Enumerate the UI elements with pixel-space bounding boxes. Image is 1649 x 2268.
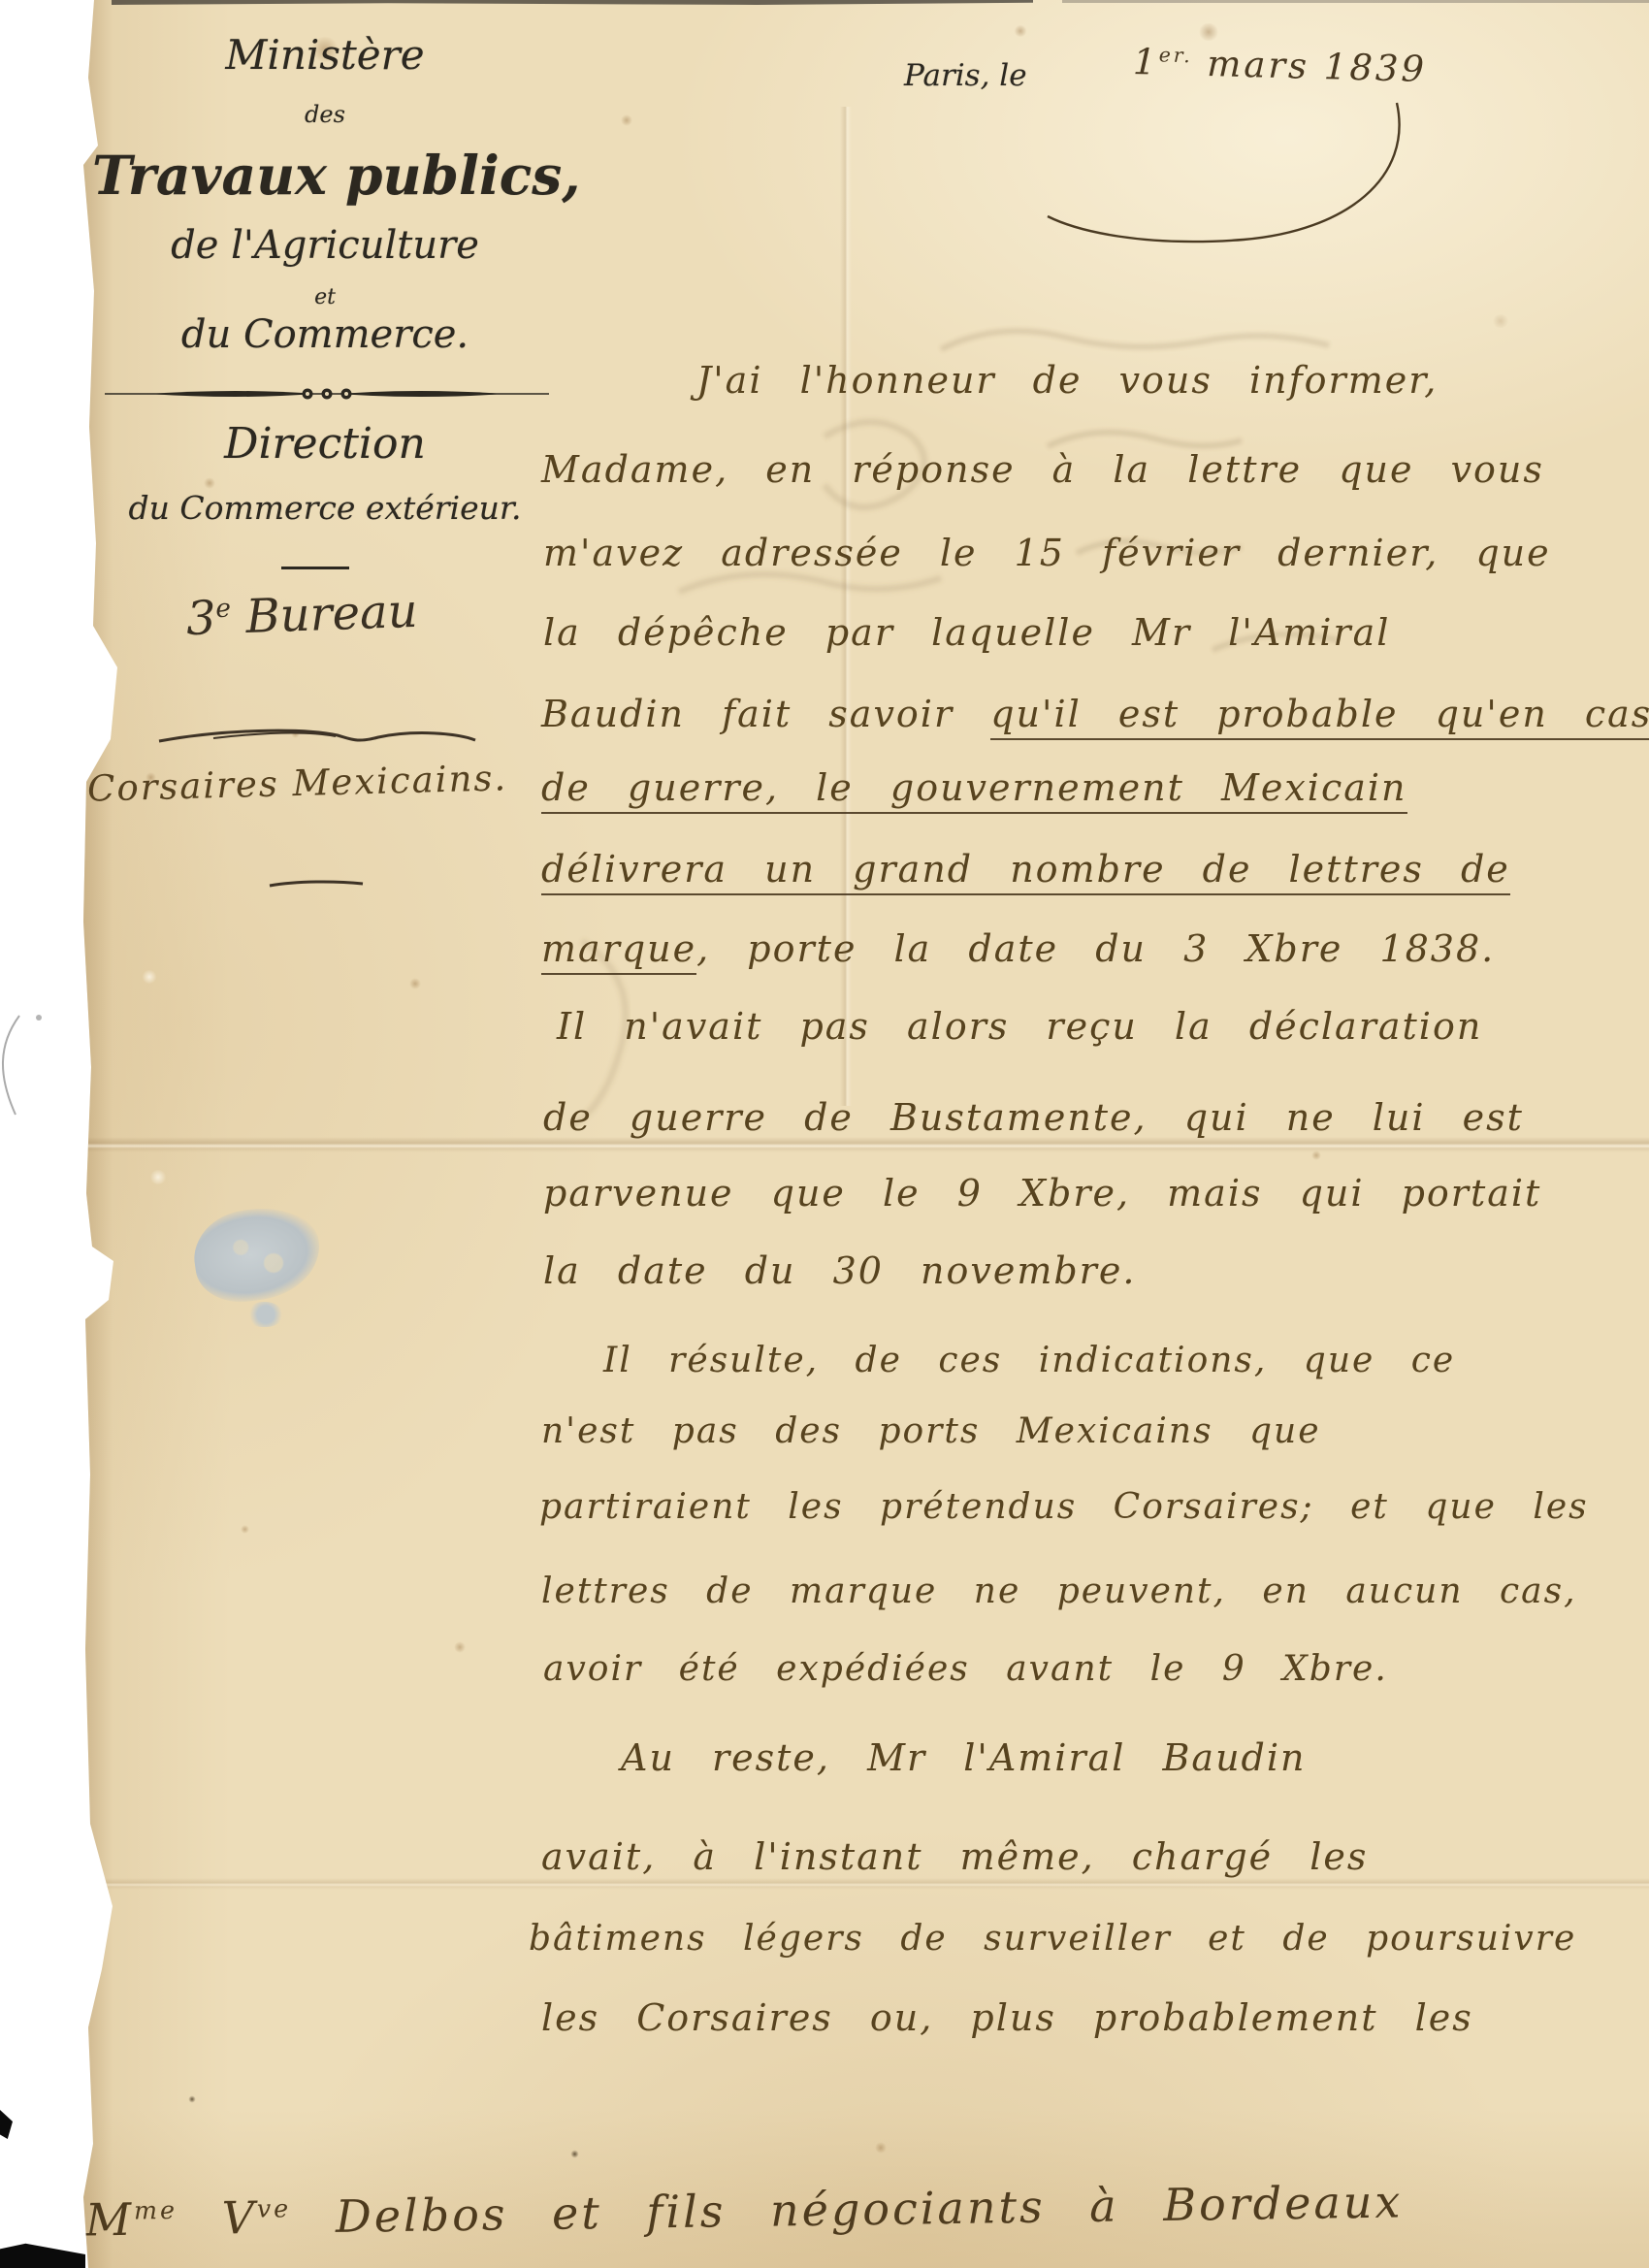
body-line: Au reste, Mr l'Amiral Baudin — [621, 1736, 1307, 1779]
foxing-spot — [1311, 1150, 1321, 1160]
letterhead-des: des — [92, 101, 558, 128]
letterhead-direction: Direction — [92, 419, 558, 469]
fold-crease-horizontal — [83, 1878, 1649, 1890]
ink-dot — [570, 2150, 579, 2158]
footer-segment: V — [178, 2191, 258, 2245]
date-flourish — [1018, 85, 1426, 270]
body-line: Il résulte, de ces indications, que ce — [603, 1341, 1455, 1380]
body-line: la date du 30 novembre. — [543, 1249, 1136, 1292]
bureau-word: Bureau — [230, 584, 418, 645]
body-segment-underlined: délivrera un grand nombre de lettres de — [541, 848, 1510, 895]
letterhead-commerce: du Commerce. — [92, 312, 558, 357]
body-segment-underlined: qu'il est probable qu'en cas — [990, 693, 1649, 740]
dateline-printed: Paris, le — [904, 58, 1027, 93]
fold-crease-horizontal — [83, 1137, 1649, 1152]
torn-edge-black-mark — [0, 2241, 85, 2268]
body-line: lettres de marque ne peuvent, en aucun c… — [541, 1571, 1577, 1611]
footer-segment: Delbos et fils négociants à Bordeaux — [291, 2176, 1404, 2244]
body-segment-underlined: marque — [541, 927, 696, 975]
body-line: m'avez adressée le 15 février dernier, q… — [543, 532, 1551, 574]
scan-top-edge — [112, 0, 1033, 5]
body-line: avait, à l'instant même, chargé les — [541, 1835, 1368, 1878]
ink-stain — [248, 1302, 283, 1327]
footer-segment: M — [85, 2193, 135, 2247]
body-line: partiraient les prétendus Corsaires; et … — [539, 1487, 1589, 1527]
scanned-letter: Ministère des Travaux publics, de l'Agri… — [0, 0, 1649, 2268]
scan-top-edge — [1062, 0, 1649, 3]
body-line: Il n'avait pas alors reçu la déclaration — [557, 1005, 1482, 1048]
date-rest: mars 1839 — [1192, 43, 1428, 90]
paper-fleck — [149, 1170, 167, 1184]
flourish-underline — [155, 726, 480, 749]
body-line: Baudin fait savoir qu'il est probable qu… — [541, 693, 1649, 735]
foxing-spot — [204, 477, 215, 489]
subject-dash — [268, 877, 365, 891]
letterhead-ministere: Ministère — [92, 31, 558, 79]
body-line: J'ai l'honneur de vous informer, — [696, 359, 1438, 402]
margin-subject: Corsaires Mexicains. — [87, 757, 508, 809]
letterhead-commerce-exterieur: du Commerce extérieur. — [92, 489, 558, 527]
ornament-rule — [99, 384, 555, 404]
body-line: de guerre de Bustamente, qui ne lui est — [543, 1096, 1524, 1139]
foxing-spot — [1014, 25, 1027, 37]
letterhead-et: et — [92, 285, 558, 309]
foxing-spot — [621, 114, 632, 126]
foxing-spot — [241, 1525, 249, 1534]
date-day: 1 — [1132, 41, 1159, 83]
letterhead-travaux-publics: Travaux publics, — [92, 144, 558, 207]
pencil-arc — [0, 1014, 48, 1120]
body-line: les Corsaires ou, plus probablement les — [541, 1996, 1473, 2039]
body-segment: Baudin fait savoir — [541, 693, 990, 735]
body-segment: , porte la date du 3 Xbre 1838. — [696, 927, 1495, 970]
body-line: n'est pas des ports Mexicains que — [541, 1411, 1321, 1451]
body-line: marque, porte la date du 3 Xbre 1838. — [541, 927, 1495, 970]
foxing-spot — [875, 2142, 887, 2154]
bureau-superscript: e — [215, 594, 232, 625]
body-line: parvenue que le 9 Xbre, mais qui portait — [543, 1172, 1541, 1215]
body-line: la dépêche par laquelle Mr l'Amiral — [543, 611, 1390, 654]
letter-page: Ministère des Travaux publics, de l'Agri… — [0, 0, 1649, 2268]
body-line: délivrera un grand nombre de lettres de — [541, 848, 1510, 891]
torn-edge-black-mark — [0, 2110, 13, 2139]
dateline-handwritten: 1er. mars 1839 — [1132, 41, 1427, 90]
foxing-spot — [1198, 23, 1219, 41]
body-line: avoir été expédiées avant le 9 Xbre. — [543, 1649, 1388, 1689]
footer-addressee: Mme Vve Delbos et fils négociants à Bord… — [85, 2176, 1404, 2247]
letterhead-agriculture: de l'Agriculture — [92, 223, 558, 268]
bureau-digit: 3 — [185, 591, 216, 646]
body-line: de guerre, le gouvernement Mexicain — [541, 766, 1407, 809]
ink-stain — [188, 1200, 326, 1308]
foxing-spot — [409, 978, 421, 989]
paper-fleck — [142, 970, 157, 984]
body-line: bâtimens légers de surveiller et de pour… — [529, 1919, 1576, 1959]
body-segment-underlined: de guerre, le gouvernement Mexicain — [541, 766, 1407, 814]
letterhead-short-rule — [281, 567, 349, 569]
footer-superscript: ve — [257, 2194, 292, 2222]
foxing-spot — [1492, 314, 1509, 328]
bureau-number: 3e Bureau — [185, 584, 418, 646]
foxing-spot — [454, 1641, 466, 1653]
footer-superscript: me — [134, 2196, 178, 2225]
body-line: Madame, en réponse à la lettre que vous — [541, 448, 1544, 491]
ink-dot — [188, 2095, 196, 2103]
date-day-superscript: er. — [1158, 43, 1193, 67]
